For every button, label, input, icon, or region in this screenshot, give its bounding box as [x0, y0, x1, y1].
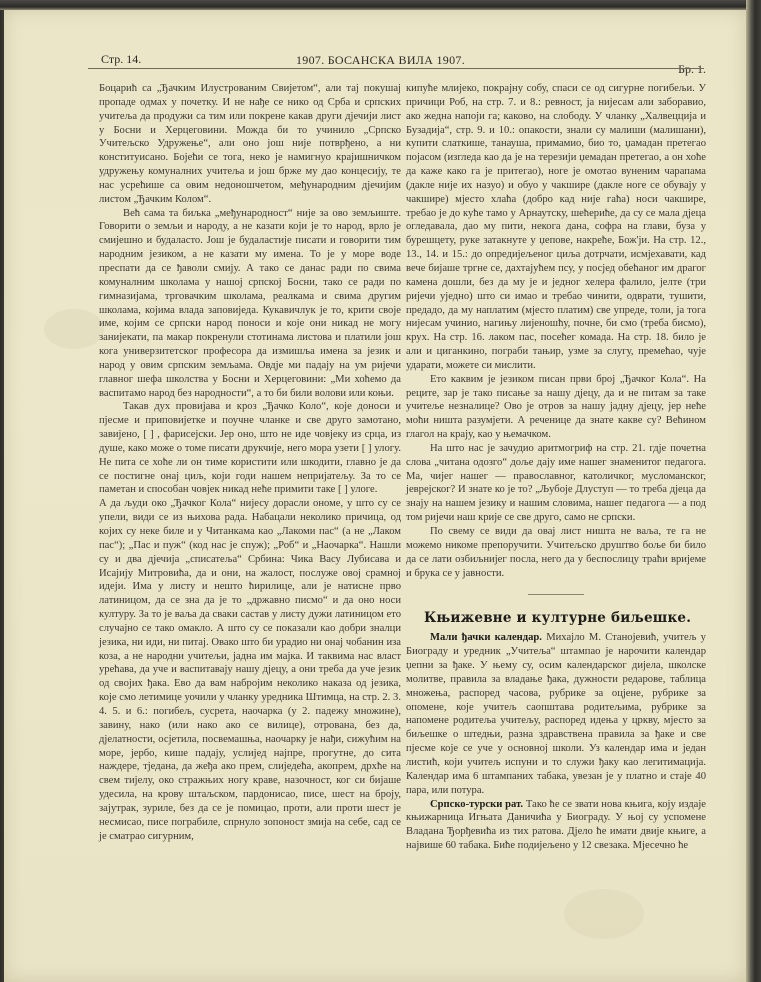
note-title: Мали ђачки календар. — [430, 632, 542, 643]
section-divider — [528, 594, 584, 595]
running-header: Стр. 14. 1907. БОСАНСКА ВИЛА 1907. Бр. 1… — [101, 52, 706, 72]
paragraph: Већ сама та биљка „међународност“ није з… — [99, 207, 401, 401]
scan-right-edge — [746, 0, 761, 982]
issue-number: Бр. 1. — [678, 62, 706, 77]
note-body: Михајло М. Станојевић, учитељ у Биограду… — [406, 632, 706, 795]
section-heading: Књижевне и културне биљешке. — [424, 609, 706, 627]
paragraph: По свему се види да овај лист ништа не в… — [406, 525, 706, 580]
journal-title: 1907. БОСАНСКА ВИЛА 1907. — [296, 53, 465, 68]
note-title: Српско-турски рат. — [430, 799, 523, 810]
header-rule — [88, 68, 704, 69]
paper-stain — [564, 889, 644, 939]
left-column: Боцарић са „Ђачким Илустрованим Свијетом… — [99, 82, 401, 843]
paragraph: Ето каквим је језиком писан први број „Ђ… — [406, 373, 706, 442]
paragraph: А да људи око „Ђачког Кола“ нијесу дорас… — [99, 497, 401, 843]
note-entry: Мали ђачки календар. Михајло М. Станојев… — [406, 631, 706, 797]
note-entry: Српско-турски рат. Тако ће се звати нова… — [406, 798, 706, 853]
scan-top-edge — [0, 0, 761, 10]
paragraph: Такав дух провијава и кроз „Ђачко Коло“,… — [99, 400, 401, 497]
page-number: Стр. 14. — [101, 52, 141, 67]
paragraph: кипуће млијеко, покрајну собу, спаси се … — [406, 82, 706, 373]
right-column: кипуће млијеко, покрајну собу, спаси се … — [406, 82, 706, 853]
paragraph: На што нас је зачудио аритмогриф на стр.… — [406, 442, 706, 525]
paper-stain — [44, 309, 104, 349]
paragraph: Боцарић са „Ђачким Илустрованим Свијетом… — [99, 82, 401, 207]
